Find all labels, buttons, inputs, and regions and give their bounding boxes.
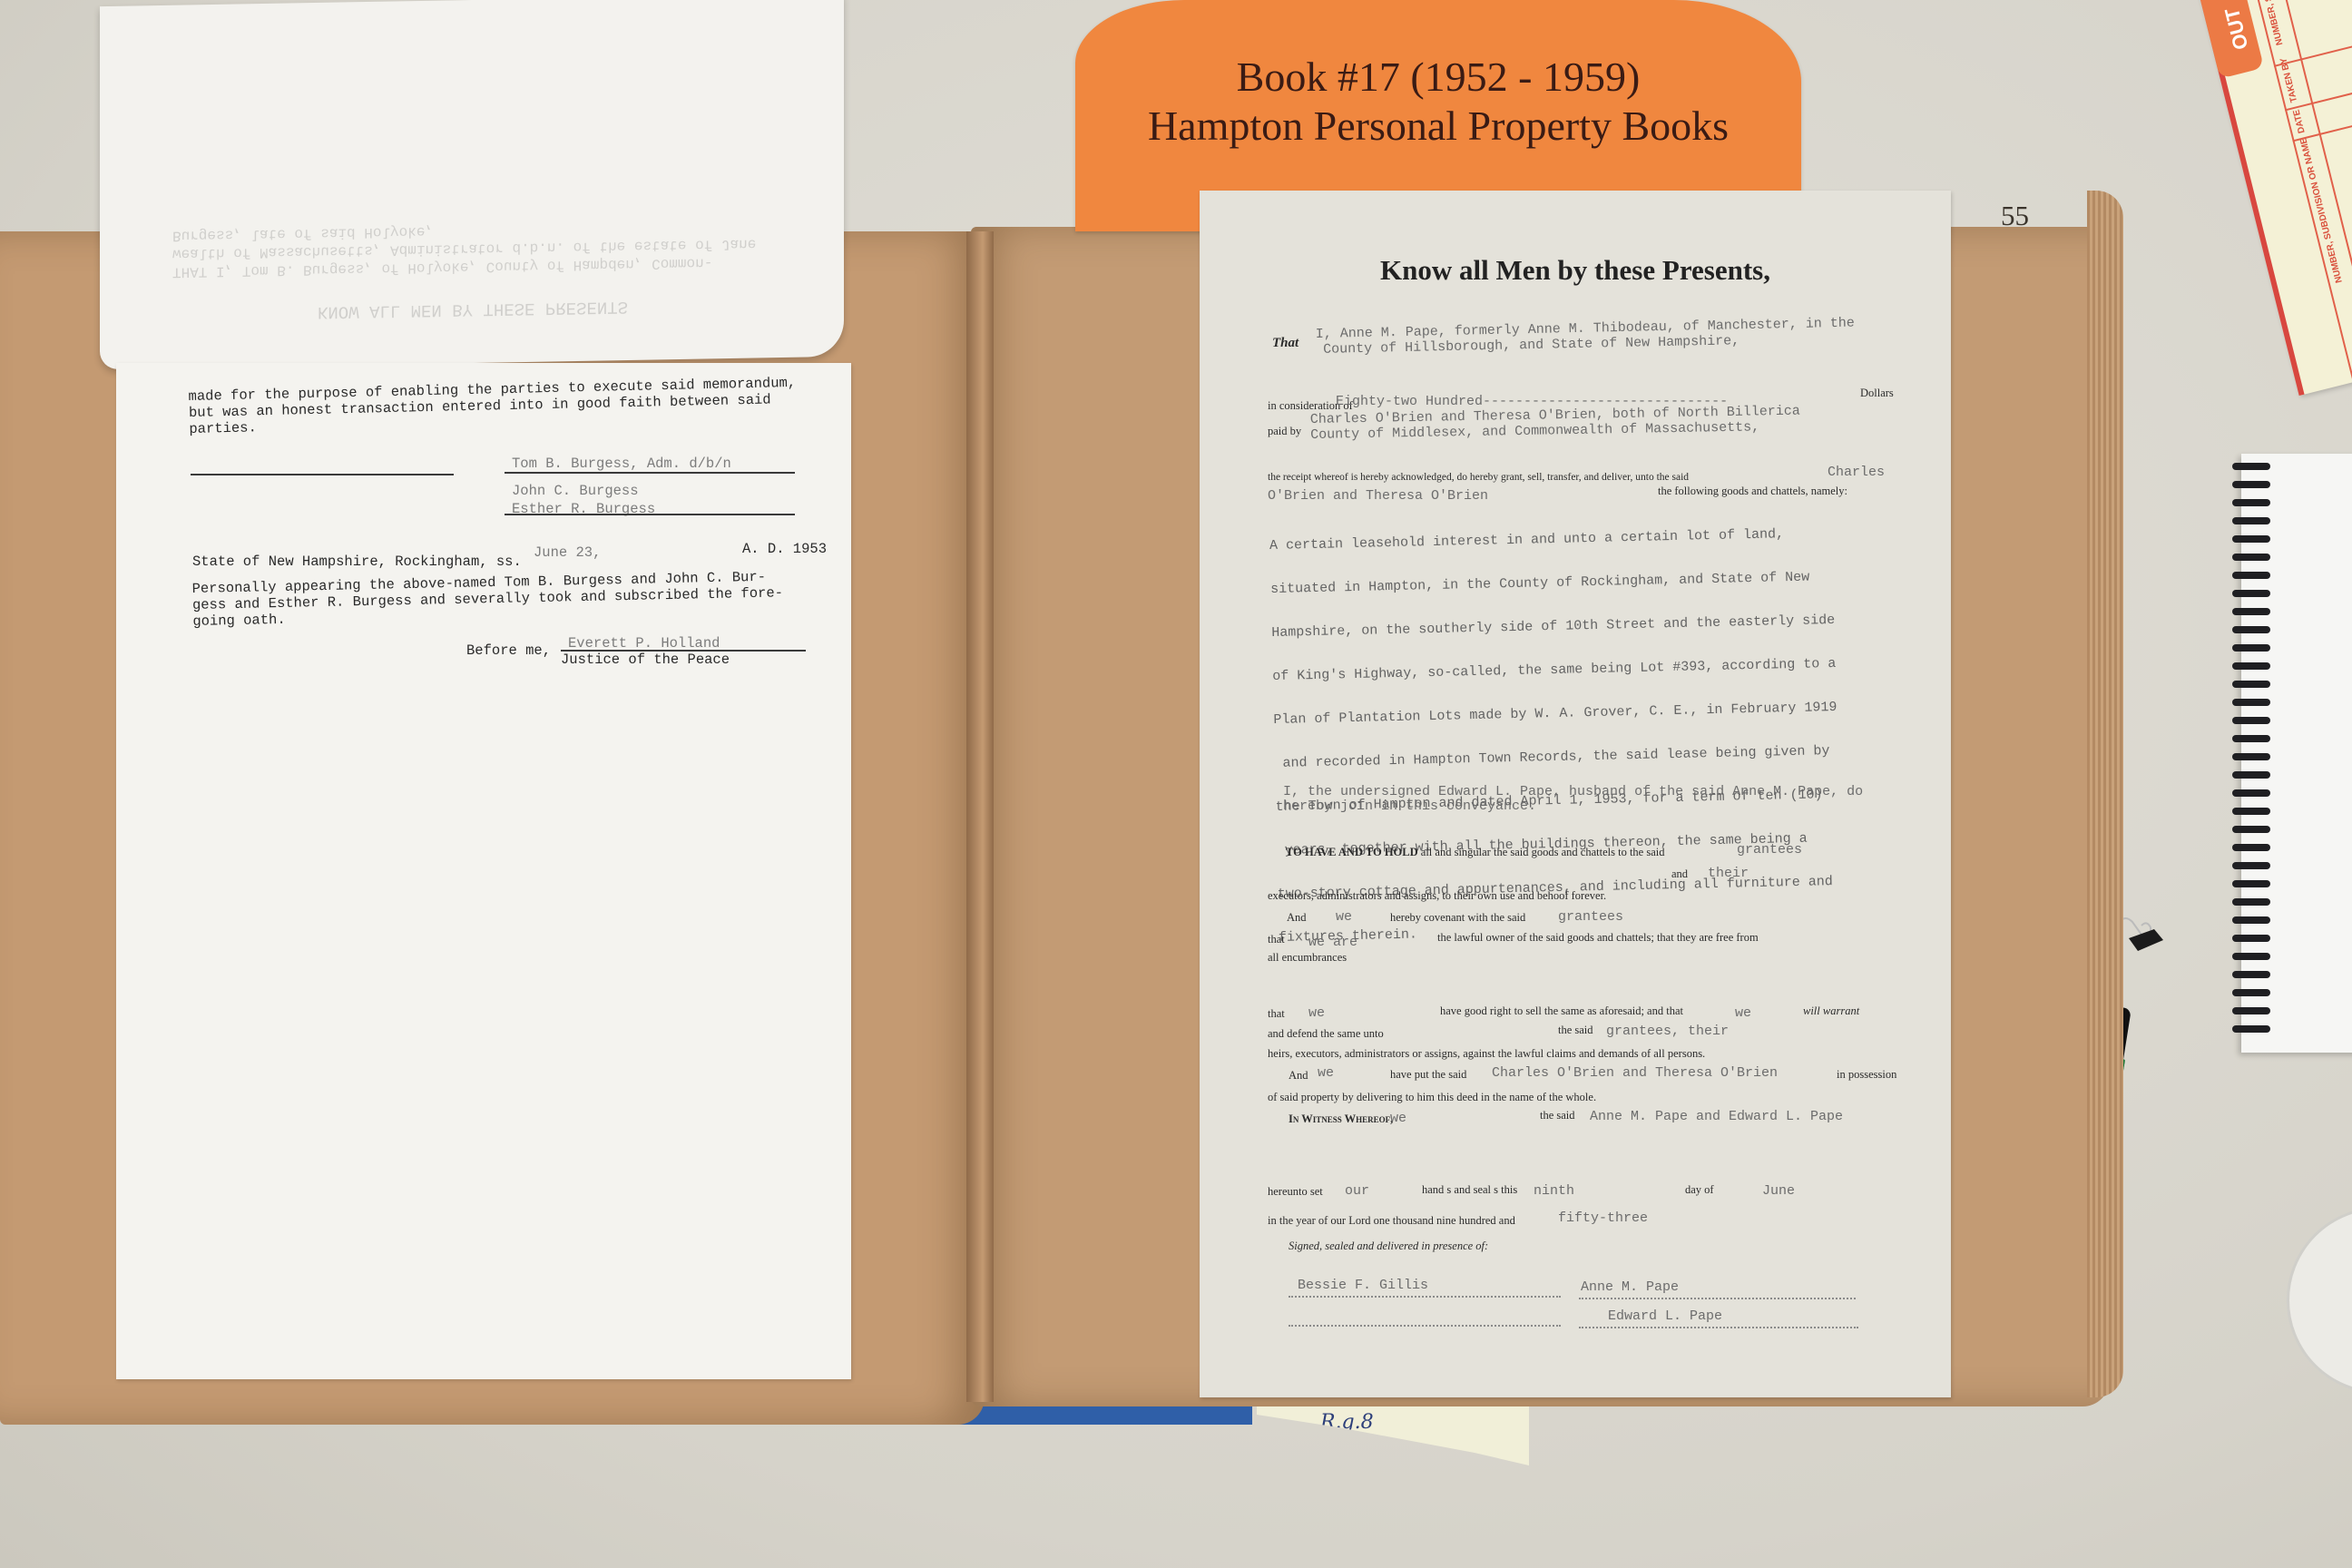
day-field: ninth <box>1534 1183 1574 1199</box>
will-warrant-text: will warrant <box>1803 1004 1859 1018</box>
executors-line: executors, administrators and assigns, t… <box>1268 889 1606 903</box>
oath-date: June 23, <box>534 544 601 561</box>
notebook-coil <box>2232 862 2270 869</box>
grantor-text: I, Anne M. Pape, formerly Anne M. Thibod… <box>1316 316 1856 358</box>
notebook-coil <box>2232 935 2270 942</box>
notebook-coil <box>2232 499 2270 506</box>
venue: State of New Hampshire, Rockingham, ss. <box>192 554 522 570</box>
notebook-coil <box>2232 826 2270 833</box>
notebook-coil <box>2232 989 2270 996</box>
justice-title: Justice of the Peace <box>561 652 730 668</box>
hands-seals-text: hand s and seal s this <box>1422 1183 1517 1197</box>
that-label: That <box>1272 336 1298 351</box>
habendum-heading: TO HAVE AND TO HOLD <box>1286 846 1418 858</box>
notebook-coil <box>2232 789 2270 797</box>
grantee-rest: O'Brien and Theresa O'Brien <box>1268 488 1488 504</box>
property-description: A certain leasehold interest in and unto… <box>1269 497 1843 975</box>
our-field: our <box>1345 1183 1369 1199</box>
notebook-coil <box>2232 572 2270 579</box>
notebook-coil <box>2232 608 2270 615</box>
notebook-coil <box>2232 844 2270 851</box>
we-field: we <box>1308 1005 1325 1021</box>
card-column-label: DATE <box>2292 109 2308 134</box>
good-right-text: have good right to sell the same as afor… <box>1440 1004 1683 1018</box>
flipped-page: KNOW ALL MEN BY THESE PRESENTS THAT I, T… <box>100 0 844 369</box>
mirrored-heading: KNOW ALL MEN BY THESE PRESENTS <box>318 291 935 322</box>
the-said-label: the said <box>1540 1109 1575 1122</box>
notebook-coil <box>2232 971 2270 978</box>
affidavit-paragraph: made for the purpose of enabling the par… <box>188 375 797 437</box>
grantors-named-field: Anne M. Pape and Edward L. Pape <box>1590 1109 1843 1124</box>
notebook-coil <box>2232 753 2270 760</box>
grantor-signature-anne: Anne M. Pape <box>1581 1279 1679 1295</box>
we-field: we <box>1336 909 1352 925</box>
day-of-label: day of <box>1685 1183 1714 1197</box>
notebook-coil <box>2232 681 2270 688</box>
year-label: in the year of our Lord one thousand nin… <box>1268 1214 1515 1228</box>
paid-by-text: Charles O'Brien and Theresa O'Brien, bot… <box>1310 404 1801 443</box>
grantor-signature-edward: Edward L. Pape <box>1608 1308 1722 1324</box>
notebook-coil <box>2232 735 2270 742</box>
page-number: 55 <box>2001 200 2029 232</box>
their-field: their <box>1708 866 1749 881</box>
notebook-coil <box>2232 554 2270 561</box>
heirs-line: heirs, executors, administrators or assi… <box>1268 1047 1705 1061</box>
notebook-coil <box>2232 517 2270 524</box>
notebook-coil <box>2232 1025 2270 1033</box>
month-field: June <box>1762 1183 1795 1199</box>
notebook-coil <box>2232 590 2270 597</box>
grantee-first: Charles <box>1828 465 1885 480</box>
paid-by-label: paid by <box>1268 425 1301 438</box>
and-label: and <box>1671 867 1688 881</box>
notebook-coil <box>2232 699 2270 706</box>
notebook-coil <box>2232 535 2270 543</box>
that-label: that <box>1268 1007 1285 1021</box>
notebook-coil <box>2232 717 2270 724</box>
we-are-field: we are <box>1308 935 1357 950</box>
husband-join-text: I, the undersigned Edward L. Pape, husba… <box>1283 785 1863 814</box>
grantees-their-field: grantees, their <box>1606 1024 1729 1039</box>
notebook-coil <box>2232 662 2270 670</box>
out-tab-label: OUT <box>2220 5 2253 52</box>
habendum-text: all and singular the said goods and chat… <box>1421 846 1665 858</box>
signature-john-burgess: John C. Burgess <box>512 483 639 499</box>
label-book-number: Book #17 (1952 - 1959) <box>1075 53 1801 101</box>
notebook-coil <box>2232 898 2270 906</box>
label-title: Hampton Personal Property Books <box>1075 102 1801 150</box>
possession-and: And <box>1289 1069 1308 1083</box>
that-label: that <box>1268 933 1285 946</box>
lawful-owner-text: the lawful owner of the said goods and c… <box>1437 931 1759 945</box>
deed-title: Know all Men by these Presents, <box>1200 254 1951 287</box>
notebook-coil <box>2232 481 2270 488</box>
notebook-coil <box>2232 953 2270 960</box>
before-me-label: Before me, <box>466 642 551 659</box>
covenant-grantees: grantees <box>1558 909 1623 925</box>
we-field: we <box>1390 1111 1406 1126</box>
receipt-text: the receipt whereof is hereby acknowledg… <box>1268 472 1689 483</box>
we-field: we <box>1318 1065 1334 1081</box>
signature-tom-burgess: Tom B. Burgess, Adm. d/b/n <box>512 456 731 472</box>
the-said-label: the said <box>1558 1024 1593 1037</box>
affidavit-page: made for the purpose of enabling the par… <box>116 363 851 1379</box>
possessors-field: Charles O'Brien and Theresa O'Brien <box>1492 1065 1778 1081</box>
year-field: fifty-three <box>1558 1210 1648 1226</box>
signed-sealed-label: Signed, sealed and delivered in presence… <box>1289 1240 1488 1253</box>
encumbrances-text: all encumbrances <box>1268 951 1347 965</box>
in-possession-text: in possession <box>1837 1068 1896 1082</box>
we-field: we <box>1735 1005 1751 1021</box>
notebook-coil <box>2232 808 2270 815</box>
goods-label: the following goods and chattels, namely… <box>1658 485 1847 498</box>
delivering-line: of said property by delivering to him th… <box>1268 1091 1596 1104</box>
covenant-text: hereby covenant with the said <box>1390 911 1525 925</box>
oath-year: A. D. 1953 <box>742 541 827 557</box>
notebook-coil <box>2232 463 2270 470</box>
page-edges <box>2087 191 2123 1397</box>
notebook-coil <box>2232 1007 2270 1014</box>
notebook-coil <box>2232 644 2270 652</box>
covenant-and: And <box>1287 911 1307 925</box>
witness-signature: Bessie F. Gillis <box>1298 1278 1428 1293</box>
hereunto-set-label: hereunto set <box>1268 1185 1323 1199</box>
witness-whereof-label: In Witness Whereof, <box>1289 1112 1393 1126</box>
put-said-text: have put the said <box>1390 1068 1466 1082</box>
notebook-coil <box>2232 916 2270 924</box>
oath-paragraph: Personally appearing the above-named Tom… <box>191 568 783 630</box>
defend-text: and defend the same unto <box>1268 1027 1384 1041</box>
bill-of-sale-deed: Know all Men by these Presents, That I, … <box>1200 191 1951 1397</box>
dollars-label: Dollars <box>1860 387 1894 400</box>
notebook-coil <box>2232 626 2270 633</box>
habendum-grantees: grantees <box>1737 842 1802 857</box>
notebook-coil <box>2232 880 2270 887</box>
book-gutter <box>966 231 994 1402</box>
notebook-coil <box>2232 771 2270 779</box>
